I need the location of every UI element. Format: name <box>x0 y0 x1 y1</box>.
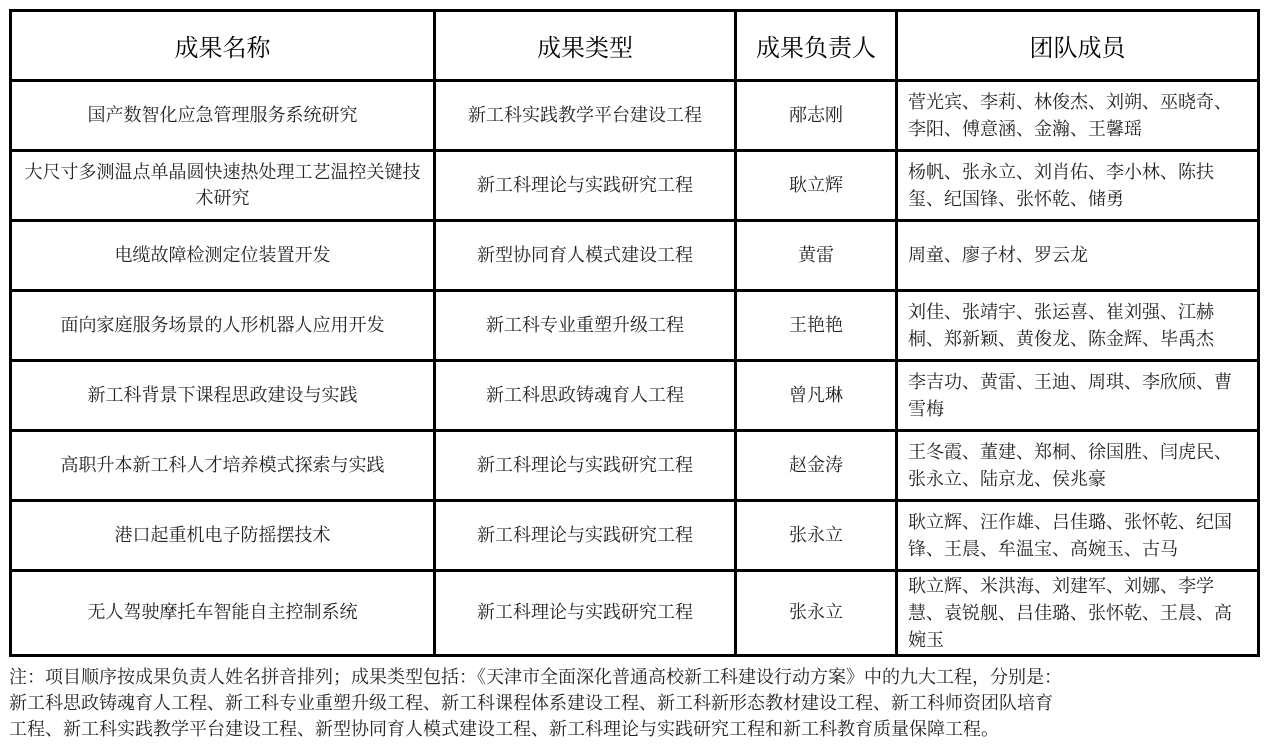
achievement-type: 新工科实践教学平台建设工程 <box>435 81 736 151</box>
leader: 赵金涛 <box>736 431 897 501</box>
leader: 曾凡琳 <box>736 361 897 431</box>
table-header-row: 成果名称 成果类型 成果负责人 团队成员 <box>11 11 1259 81</box>
table-row: 国产数智化应急管理服务系统研究 新工科实践教学平台建设工程 邴志刚 菅光宾、李莉… <box>11 81 1259 151</box>
team-members: 李吉功、黄雷、王迪、周琪、李欣颀、曹雪梅 <box>897 361 1259 431</box>
team-members: 王冬霞、董建、郑桐、徐国胜、闫虎民、张永立、陆京龙、侯兆豪 <box>897 431 1259 501</box>
achievement-name: 面向家庭服务场景的人形机器人应用开发 <box>11 291 435 361</box>
team-members: 耿立辉、米洪海、刘建军、刘娜、李学慧、袁锐舰、吕佳璐、张怀乾、王晨、高婉玉 <box>897 571 1259 656</box>
table-row: 面向家庭服务场景的人形机器人应用开发 新工科专业重塑升级工程 王艳艳 刘佳、张靖… <box>11 291 1259 361</box>
table-row: 新工科背景下课程思政建设与实践 新工科思政铸魂育人工程 曾凡琳 李吉功、黄雷、王… <box>11 361 1259 431</box>
team-members: 菅光宾、李莉、林俊杰、刘朔、巫晓奇、李阳、傅意涵、金瀚、王馨瑶 <box>897 81 1259 151</box>
header-leader: 成果负责人 <box>736 11 897 81</box>
achievement-name: 大尺寸多测温点单晶圆快速热处理工艺温控关键技术研究 <box>11 151 435 221</box>
leader: 邴志刚 <box>736 81 897 151</box>
header-achievement-type: 成果类型 <box>435 11 736 81</box>
table-row: 电缆故障检测定位装置开发 新型协同育人模式建设工程 黄雷 周童、廖子材、罗云龙 <box>11 221 1259 291</box>
achievement-name: 新工科背景下课程思政建设与实践 <box>11 361 435 431</box>
achievement-type: 新工科理论与实践研究工程 <box>435 571 736 656</box>
team-members: 杨帆、张永立、刘肖佑、李小林、陈扶玺、纪国锋、张怀乾、储勇 <box>897 151 1259 221</box>
achievement-type: 新工科理论与实践研究工程 <box>435 431 736 501</box>
leader: 黄雷 <box>736 221 897 291</box>
table-row: 大尺寸多测温点单晶圆快速热处理工艺温控关键技术研究 新工科理论与实践研究工程 耿… <box>11 151 1259 221</box>
team-members: 耿立辉、汪作雄、吕佳璐、张怀乾、纪国锋、王晨、牟温宝、高婉玉、古马 <box>897 501 1259 571</box>
note-line: 工程、新工科实践教学平台建设工程、新型协同育人模式建设工程、新工科理论与实践研究… <box>9 717 1259 743</box>
achievement-name: 国产数智化应急管理服务系统研究 <box>11 81 435 151</box>
table-row: 高职升本新工科人才培养模式探索与实践 新工科理论与实践研究工程 赵金涛 王冬霞、… <box>11 431 1259 501</box>
achievement-type: 新工科理论与实践研究工程 <box>435 501 736 571</box>
achievement-type: 新工科理论与实践研究工程 <box>435 151 736 221</box>
achievement-type: 新工科专业重塑升级工程 <box>435 291 736 361</box>
table-notes: 注：项目顺序按成果负责人姓名拼音排列；成果类型包括：《天津市全面深化普通高校新工… <box>9 665 1259 743</box>
achievement-name: 无人驾驶摩托车智能自主控制系统 <box>11 571 435 656</box>
leader: 王艳艳 <box>736 291 897 361</box>
note-line: 新工科思政铸魂育人工程、新工科专业重塑升级工程、新工科课程体系建设工程、新工科新… <box>9 691 1259 717</box>
team-members: 刘佳、张靖宇、张运喜、崔刘强、江赫桐、郑新颖、黄俊龙、陈金辉、毕禹杰 <box>897 291 1259 361</box>
achievement-name: 高职升本新工科人才培养模式探索与实践 <box>11 431 435 501</box>
achievement-type: 新型协同育人模式建设工程 <box>435 221 736 291</box>
table-row: 港口起重机电子防摇摆技术 新工科理论与实践研究工程 张永立 耿立辉、汪作雄、吕佳… <box>11 501 1259 571</box>
header-achievement-name: 成果名称 <box>11 11 435 81</box>
leader: 张永立 <box>736 501 897 571</box>
achievement-name: 电缆故障检测定位装置开发 <box>11 221 435 291</box>
leader: 耿立辉 <box>736 151 897 221</box>
achievement-type: 新工科思政铸魂育人工程 <box>435 361 736 431</box>
achievement-name: 港口起重机电子防摇摆技术 <box>11 501 435 571</box>
achievements-table: 成果名称 成果类型 成果负责人 团队成员 国产数智化应急管理服务系统研究 新工科… <box>9 9 1260 657</box>
note-line: 注：项目顺序按成果负责人姓名拼音排列；成果类型包括：《天津市全面深化普通高校新工… <box>9 665 1259 691</box>
team-members: 周童、廖子材、罗云龙 <box>897 221 1259 291</box>
leader: 张永立 <box>736 571 897 656</box>
header-team-members: 团队成员 <box>897 11 1259 81</box>
table-row: 无人驾驶摩托车智能自主控制系统 新工科理论与实践研究工程 张永立 耿立辉、米洪海… <box>11 571 1259 656</box>
